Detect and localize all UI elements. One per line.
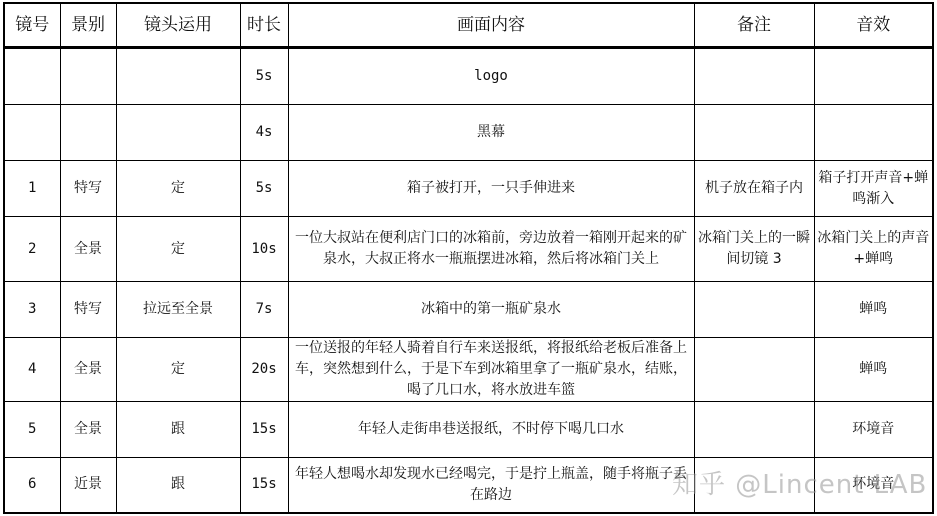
cell-content: 年轻人想喝水却发现水已经喝完，于是拧上瓶盖，随手将瓶子丢在路边 <box>288 458 694 513</box>
cell-content: 冰箱中的第一瓶矿泉水 <box>288 282 694 338</box>
table-row: 5 全景 跟 15s 年轻人走街串巷送报纸，不时停下喝几口水 环境音 <box>4 402 933 458</box>
cell-duration: 20s <box>240 338 288 402</box>
cell-sound: 环境音 <box>814 458 933 513</box>
cell-sound <box>814 105 933 161</box>
cell-size <box>60 48 116 105</box>
cell-camera: 跟 <box>116 458 240 513</box>
cell-duration: 7s <box>240 282 288 338</box>
table-row: 2 全景 定 10s 一位大叔站在便利店门口的冰箱前，旁边放着一箱刚开起来的矿泉… <box>4 217 933 282</box>
cell-duration: 15s <box>240 458 288 513</box>
cell-shot: 1 <box>4 161 60 217</box>
cell-shot: 6 <box>4 458 60 513</box>
header-shot-number: 镜号 <box>4 3 60 48</box>
header-duration: 时长 <box>240 3 288 48</box>
cell-shot: 2 <box>4 217 60 282</box>
cell-note <box>694 458 814 513</box>
table-row: 4 全景 定 20s 一位送报的年轻人骑着自行车来送报纸，将报纸给老板后准备上车… <box>4 338 933 402</box>
cell-duration: 10s <box>240 217 288 282</box>
cell-camera <box>116 105 240 161</box>
cell-size: 特写 <box>60 282 116 338</box>
cell-sound: 冰箱门关上的声音+蝉鸣 <box>814 217 933 282</box>
cell-note: 机子放在箱子内 <box>694 161 814 217</box>
cell-note <box>694 338 814 402</box>
table-row: 3 特写 拉远至全景 7s 冰箱中的第一瓶矿泉水 蝉鸣 <box>4 282 933 338</box>
cell-shot <box>4 105 60 161</box>
cell-duration: 5s <box>240 161 288 217</box>
cell-sound <box>814 48 933 105</box>
table-row: 6 近景 跟 15s 年轻人想喝水却发现水已经喝完，于是拧上瓶盖，随手将瓶子丢在… <box>4 458 933 513</box>
cell-sound: 箱子打开声音+蝉鸣渐入 <box>814 161 933 217</box>
cell-camera: 定 <box>116 161 240 217</box>
cell-content: 一位送报的年轻人骑着自行车来送报纸，将报纸给老板后准备上车，突然想到什么，于是下… <box>288 338 694 402</box>
cell-size: 近景 <box>60 458 116 513</box>
cell-content: 年轻人走街串巷送报纸，不时停下喝几口水 <box>288 402 694 458</box>
cell-size: 全景 <box>60 402 116 458</box>
cell-content: logo <box>288 48 694 105</box>
cell-note <box>694 282 814 338</box>
cell-note <box>694 105 814 161</box>
cell-shot: 3 <box>4 282 60 338</box>
cell-camera: 定 <box>116 338 240 402</box>
table-row: 4s 黑幕 <box>4 105 933 161</box>
cell-camera: 跟 <box>116 402 240 458</box>
cell-note: 冰箱门关上的一瞬间切镜 3 <box>694 217 814 282</box>
header-camera-movement: 镜头运用 <box>116 3 240 48</box>
cell-note <box>694 48 814 105</box>
cell-sound: 蝉鸣 <box>814 282 933 338</box>
cell-note <box>694 402 814 458</box>
cell-content: 一位大叔站在便利店门口的冰箱前，旁边放着一箱刚开起来的矿泉水，大叔正将水一瓶瓶摆… <box>288 217 694 282</box>
table-row: 1 特写 定 5s 箱子被打开，一只手伸进来 机子放在箱子内 箱子打开声音+蝉鸣… <box>4 161 933 217</box>
cell-size: 全景 <box>60 217 116 282</box>
header-content: 画面内容 <box>288 3 694 48</box>
cell-content: 黑幕 <box>288 105 694 161</box>
cell-content: 箱子被打开，一只手伸进来 <box>288 161 694 217</box>
cell-sound: 环境音 <box>814 402 933 458</box>
header-sound: 音效 <box>814 3 933 48</box>
cell-camera: 定 <box>116 217 240 282</box>
storyboard-table: 镜号 景别 镜头运用 时长 画面内容 备注 音效 5s logo 4s 黑幕 <box>3 2 934 514</box>
cell-duration: 4s <box>240 105 288 161</box>
table-row: 5s logo <box>4 48 933 105</box>
cell-sound: 蝉鸣 <box>814 338 933 402</box>
cell-camera <box>116 48 240 105</box>
cell-shot <box>4 48 60 105</box>
cell-size: 特写 <box>60 161 116 217</box>
header-note: 备注 <box>694 3 814 48</box>
header-shot-size: 景别 <box>60 3 116 48</box>
header-row: 镜号 景别 镜头运用 时长 画面内容 备注 音效 <box>4 3 933 48</box>
cell-duration: 5s <box>240 48 288 105</box>
cell-camera: 拉远至全景 <box>116 282 240 338</box>
cell-size <box>60 105 116 161</box>
cell-shot: 4 <box>4 338 60 402</box>
cell-size: 全景 <box>60 338 116 402</box>
cell-duration: 15s <box>240 402 288 458</box>
cell-shot: 5 <box>4 402 60 458</box>
